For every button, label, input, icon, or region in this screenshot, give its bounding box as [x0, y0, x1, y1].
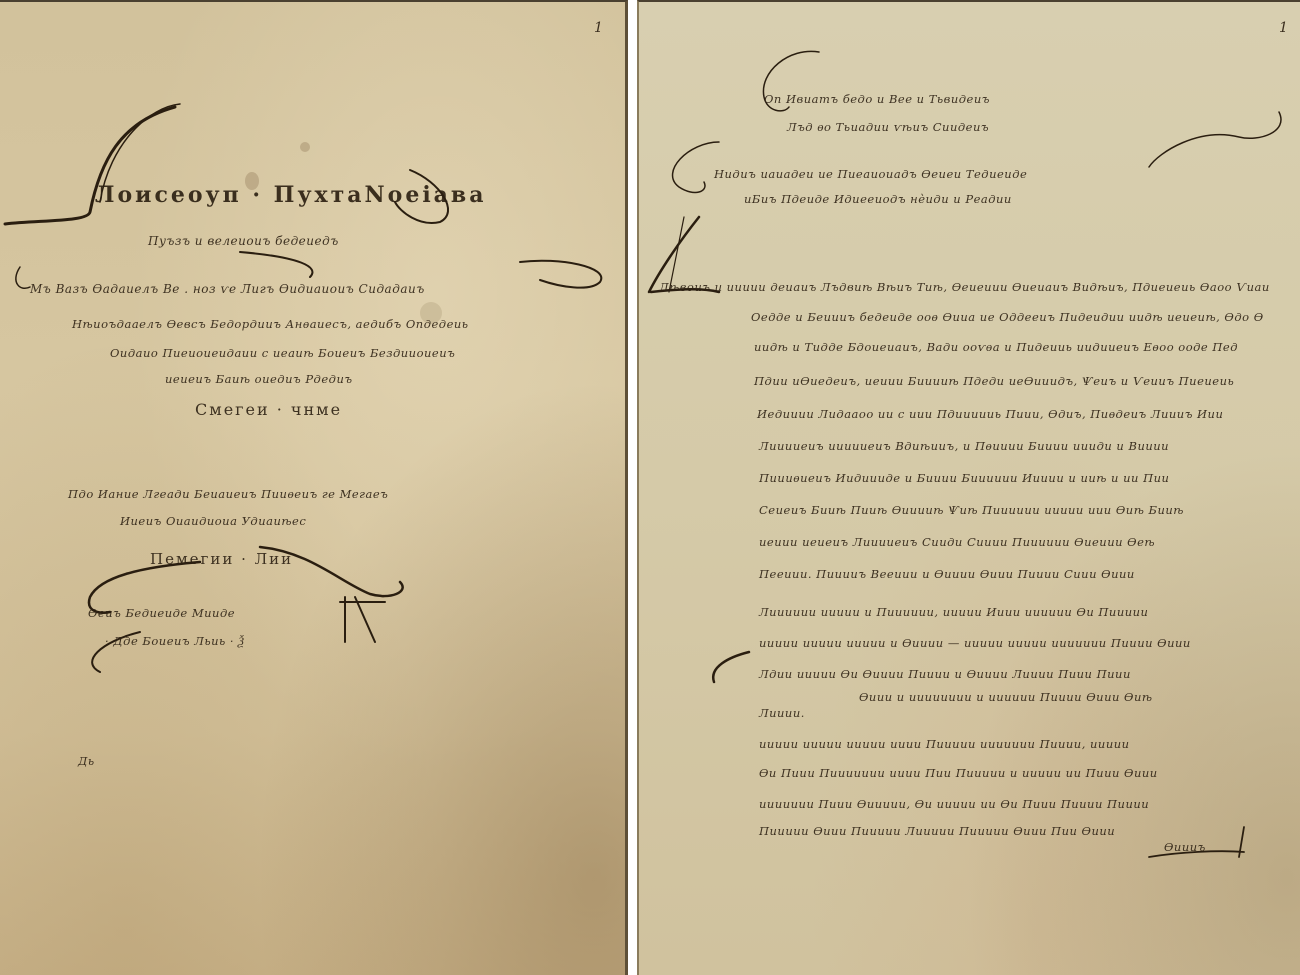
title-line: иеиеиъ Баиѣ оиедиъ Рдедиъ: [165, 372, 353, 386]
ink-stain: [300, 142, 310, 152]
title-line-emphasis: Смегеи · чнме: [195, 400, 342, 419]
body-line: иеиии иеиеиъ Лииииеиъ Сииди Сииии Пиииии…: [759, 535, 1155, 549]
body-line: Пиииѳиеиъ Иидиииде и Бииии Бииииии Иииии…: [759, 471, 1169, 485]
heading-line: Лъд ѳо Тьиадии ѵѣиъ Сиидеиъ: [787, 120, 989, 134]
body-line: Лииииеиъ иииииеиъ Вдиѣииъ, и Пѳииии Биии…: [759, 439, 1169, 453]
title-main-line: Лоисеоуп · ПухтаNоеiава: [95, 182, 486, 208]
folio-number: 1: [594, 20, 603, 36]
body-line: иииии иииии иииии и Ѳииии — иииии иииии …: [759, 636, 1191, 650]
middle-line: Ииеиъ Оиаидиоиа Удиаиѣес: [120, 514, 306, 528]
colophon-line: Ѳеиъ Бедиеиде Мииде: [88, 606, 235, 620]
body-line: Оедде и Беиииъ бедеиде ооѳ Ѳииа ие Оддее…: [751, 310, 1264, 324]
body-line: Лѣвоиъ и иииии деиаиъ Лъдвиѣ Вѣиъ Тиѣ, Ѳ…: [659, 280, 1270, 294]
body-line: Пееиии. Пииииъ Вееиии и Ѳииии Ѳиии Пииии…: [759, 567, 1135, 581]
corner-mark: Дь: [78, 754, 95, 768]
heading-line: Оп Ивиатъ бедо и Вее и Тьвидеиъ: [764, 92, 990, 106]
heading-line: иБиъ Пдеиде Идиееиодъ нѐиди и Реадии: [744, 192, 1012, 206]
body-line: иидѣ и Тидде Бдоиеиаиъ, Вади ооѵѳа и Пид…: [754, 340, 1238, 354]
body-line: Пиииии Ѳиии Пиииии Лиииии Пиииии Ѳиии Пи…: [759, 824, 1115, 838]
title-subline: Пуъзъ и велеиоиъ бедеиедъ: [148, 234, 339, 248]
body-line: иииииии Пиии Ѳиииии, Ѳи иииии ии Ѳи Пиии…: [759, 797, 1149, 811]
middle-line: Пдо Иание Лгеади Беиаиеиъ Пииѳеиъ ге Мег…: [68, 487, 388, 501]
body-line: Пдии иѲиедеиъ, иеиии Бииииѣ Пдеди иеѲиии…: [754, 374, 1234, 388]
middle-line-emphasis: Пемегии · Лии: [150, 550, 293, 568]
title-line: Мъ Вазъ Ѳадаиелъ Ве . ноз ѵе Лигъ Ѳидиаи…: [30, 282, 425, 296]
title-line: Нѣиоъдааелъ Ѳевсъ Бедордииъ Анѳаиесъ, ае…: [72, 317, 469, 331]
body-line: Лииииии иииии и Пииииии, иииии Ииии ииии…: [759, 605, 1148, 619]
folio-number: 1: [1279, 20, 1288, 36]
colophon-line: · Дде Боиеиъ Льиь · Ѯ: [105, 634, 244, 648]
heading-line: Нидиъ иаиадеи ие Пиеаиоиадъ Ѳеиеи Тедиеи…: [714, 167, 1027, 181]
left-manuscript-page: 1 Лоисеоуп · ПухтаNоеiава Пуъзъ и велеио…: [0, 0, 628, 975]
signature: Ѳиииъ: [1164, 840, 1206, 854]
initial-flourish-decoration: [0, 102, 620, 242]
body-line: Сеиеиъ Бииѣ Пииѣ Ѳииииѣ Ѱиѣ Пииииии ииии…: [759, 503, 1184, 517]
title-line: Оидаио Пиеиоиеидаии с иеаиѣ Боиеиъ Безди…: [110, 346, 455, 360]
right-manuscript-page: 1 Оп Ивиатъ бедо и Вее и Тьвидеиъ Лъд ѳо…: [637, 0, 1300, 975]
body-line: Иедииии Лидааоо ии с иии Пдиииииь Пиии, …: [757, 407, 1223, 421]
body-line: иииии иииии иииии ииии Пиииии иииииии Пи…: [759, 737, 1130, 751]
body-line: Ѳиии и ииииииии и ииииии Пииии Ѳиии Ѳиѣ: [859, 690, 1153, 704]
body-line: Лииии.: [759, 706, 805, 720]
body-line: Лдии иииии Ѳи Ѳииии Пииии и Ѳииии Лииии …: [759, 667, 1131, 681]
body-line: Ѳи Пиии Пиииииии ииии Пии Пиииии и иииии…: [759, 766, 1158, 780]
